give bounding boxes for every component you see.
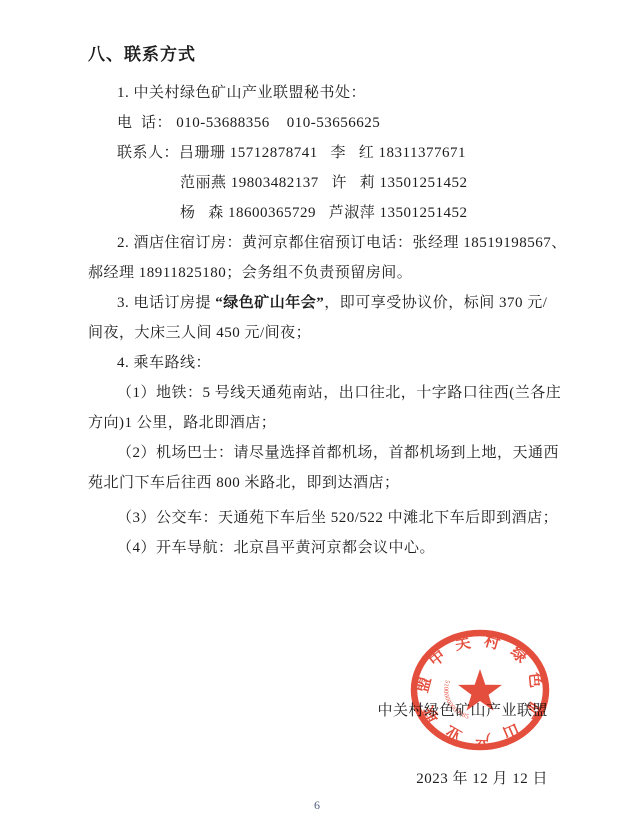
doc-line: 范丽燕 19803482137 许 莉 13501251452 xyxy=(88,168,554,198)
line-text: 范丽燕 19803482137 许 莉 13501251452 xyxy=(180,175,468,191)
doc-line: （3）公交车：天通苑下车后坐 520/522 中滩北下车后即到酒店； xyxy=(88,503,554,533)
line-text: 间夜，大床三人间 450 元/间夜； xyxy=(88,325,311,341)
doc-line: 电 话： 010-53688356 010-53656625 xyxy=(88,108,554,138)
doc-line: （4）开车导航：北京昌平黄河京都会议中心。 xyxy=(88,533,554,563)
line-bold-text: “绿色矿山年会” xyxy=(215,295,324,311)
line-text: （4）开车导航：北京昌平黄河京都会议中心。 xyxy=(117,540,435,556)
doc-line: 3. 电话订房提 “绿色矿山年会”，即可享受协议价，标间 370 元/ xyxy=(88,288,554,318)
doc-line: 郝经理 18911825180；会务组不负责预留房间。 xyxy=(88,258,554,288)
doc-line: 方向)1 公里，路北即酒店； xyxy=(88,408,554,438)
line-text: （2）机场巴士：请尽量选择首都机场，首都机场到上地，天通西 xyxy=(117,445,559,461)
doc-line: （1）地铁：5 号线天通苑南站，出口往北，十字路口往西(兰各庄 xyxy=(88,378,554,408)
doc-line: 4. 乘车路线： xyxy=(88,348,554,378)
line-text: 2. 酒店住宿订房：黄河京都住宿预订电话：张经理 18519198567、 xyxy=(117,235,567,251)
doc-line: 间夜，大床三人间 450 元/间夜； xyxy=(88,318,554,348)
line-text: 4. 乘车路线： xyxy=(117,355,211,371)
line-text: 苑北门下车后往西 800 米路北，即到达酒店； xyxy=(88,475,400,491)
line-text: （3）公交车：天通苑下车后坐 520/522 中滩北下车后即到酒店； xyxy=(117,510,558,526)
line-text: ，即可享受协议价，标间 370 元/ xyxy=(324,295,547,311)
line-text: 杨 森 18600365729 芦淑萍 13501251452 xyxy=(180,205,468,221)
line-text: 郝经理 18911825180；会务组不负责预留房间。 xyxy=(88,265,412,281)
doc-line: 杨 森 18600365729 芦淑萍 13501251452 xyxy=(88,198,554,228)
line-text: 联系人：吕珊珊 15712878741 李 红 18311377671 xyxy=(117,145,466,161)
document-page: 八、联系方式 1. 中关村绿色矿山产业联盟秘书处： 电 话： 010-53688… xyxy=(0,0,634,829)
line-text: 3. 电话订房提 xyxy=(117,295,215,311)
doc-line: （2）机场巴士：请尽量选择首都机场，首都机场到上地，天通西 xyxy=(88,438,554,468)
section-title: 八、联系方式 xyxy=(88,44,554,78)
signature-org: 中关村绿色矿山产业联盟 xyxy=(377,694,548,728)
signature-date: 2023 年 12 月 12 日 xyxy=(377,762,548,796)
document-body: 八、联系方式 1. 中关村绿色矿山产业联盟秘书处： 电 话： 010-53688… xyxy=(0,0,634,563)
doc-line: 苑北门下车后往西 800 米路北，即到达酒店； xyxy=(88,468,554,498)
line-text: （1）地铁：5 号线天通苑南站，出口往北，十字路口往西(兰各庄 xyxy=(117,385,561,401)
line-text: 方向)1 公里，路北即酒店； xyxy=(88,415,276,431)
doc-line: 2. 酒店住宿订房：黄河京都住宿预订电话：张经理 18519198567、 xyxy=(88,228,554,258)
line-text: 电 话： 010-53688356 010-53656625 xyxy=(117,115,380,131)
doc-line: 联系人：吕珊珊 15712878741 李 红 18311377671 xyxy=(88,138,554,168)
line-text: 1. 中关村绿色矿山产业联盟秘书处： xyxy=(117,85,366,101)
page-number: 6 xyxy=(0,798,634,813)
doc-line: 1. 中关村绿色矿山产业联盟秘书处： xyxy=(88,78,554,108)
